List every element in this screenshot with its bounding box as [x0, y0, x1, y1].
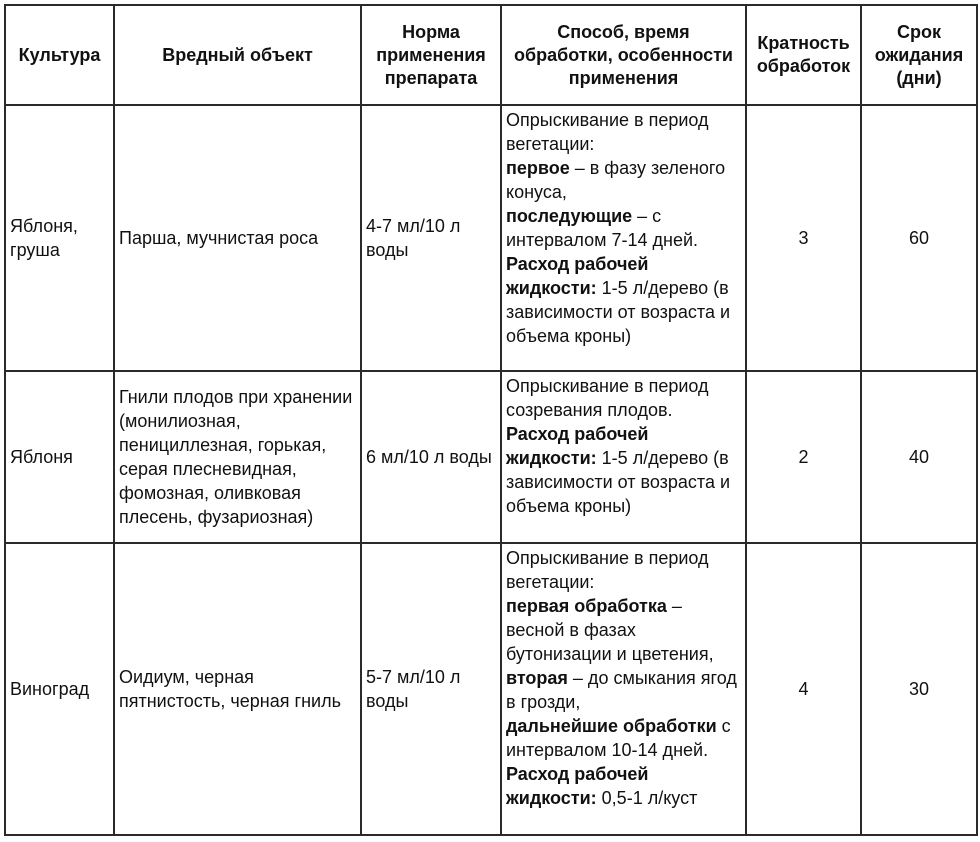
cell-count: 2 [746, 371, 861, 543]
method-emphasis: Расход рабочей жидкости: [506, 254, 649, 298]
cell-pest: Гнили плодов при хранении (монилиозная, … [114, 371, 361, 543]
header-count: Кратность обработок [746, 5, 861, 105]
cell-wait: 40 [861, 371, 977, 543]
header-culture: Культура [5, 5, 114, 105]
cell-method: Опрыскивание в период вегетации:первая о… [501, 543, 746, 835]
cell-count: 4 [746, 543, 861, 835]
method-emphasis: Расход рабочей жидкости: [506, 424, 649, 468]
table-header-row: Культура Вредный объект Норма применения… [5, 5, 977, 105]
cell-method: Опрыскивание в период созревания плодов.… [501, 371, 746, 543]
method-emphasis: последующие [506, 206, 632, 226]
cell-pest: Парша, мучнистая роса [114, 105, 361, 371]
table-row: Яблоня Гнили плодов при хранении (монили… [5, 371, 977, 543]
header-wait: Срок ожидания (дни) [861, 5, 977, 105]
cell-wait: 30 [861, 543, 977, 835]
cell-rate: 6 мл/10 л воды [361, 371, 501, 543]
header-method: Способ, время обработки, особенности при… [501, 5, 746, 105]
method-emphasis: Расход рабочей жидкости: [506, 764, 649, 808]
cell-wait: 60 [861, 105, 977, 371]
cell-culture: Яблоня, груша [5, 105, 114, 371]
method-emphasis: первая обработка [506, 596, 667, 616]
method-emphasis: первое [506, 158, 570, 178]
cell-pest: Оидиум, черная пятнистость, черная гниль [114, 543, 361, 835]
cell-count: 3 [746, 105, 861, 371]
header-pest: Вредный объект [114, 5, 361, 105]
method-emphasis: вторая [506, 668, 568, 688]
cell-rate: 5-7 мл/10 л воды [361, 543, 501, 835]
cell-culture: Виноград [5, 543, 114, 835]
cell-method: Опрыскивание в период вегетации:первое –… [501, 105, 746, 371]
header-rate: Норма применения препарата [361, 5, 501, 105]
table-row: Виноград Оидиум, черная пятнистость, чер… [5, 543, 977, 835]
method-emphasis: дальнейшие обработки [506, 716, 717, 736]
treatment-table: Культура Вредный объект Норма применения… [4, 4, 978, 836]
cell-culture: Яблоня [5, 371, 114, 543]
table-row: Яблоня, груша Парша, мучнистая роса 4-7 … [5, 105, 977, 371]
cell-rate: 4-7 мл/10 л воды [361, 105, 501, 371]
